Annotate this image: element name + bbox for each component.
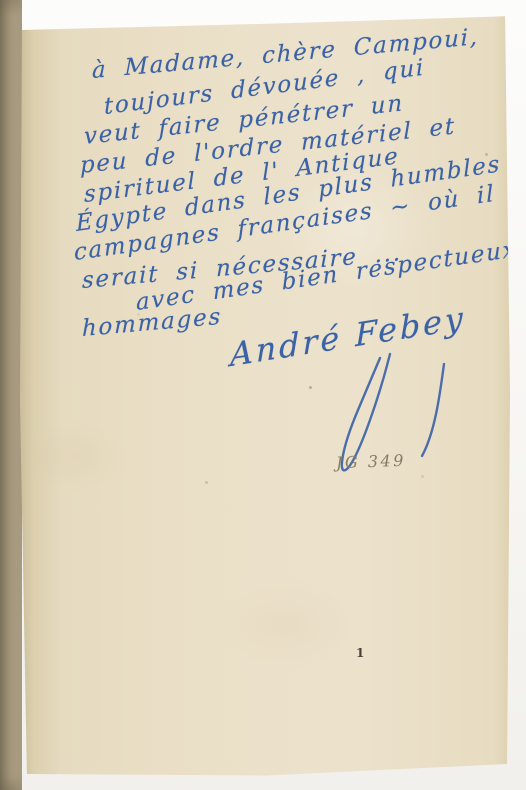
book-photograph: à Madame, chère Campoui, toujours dévoué… bbox=[0, 0, 526, 790]
book-spine-edge bbox=[0, 0, 22, 790]
page-number-mark: 1 bbox=[356, 646, 364, 660]
inscription-line: hommages bbox=[82, 304, 222, 342]
flyleaf-page: à Madame, chère Campoui, toujours dévoué… bbox=[18, 14, 513, 777]
pencil-inventory-code: JG 349 bbox=[336, 451, 406, 472]
signature-text: André Febey bbox=[230, 299, 466, 375]
